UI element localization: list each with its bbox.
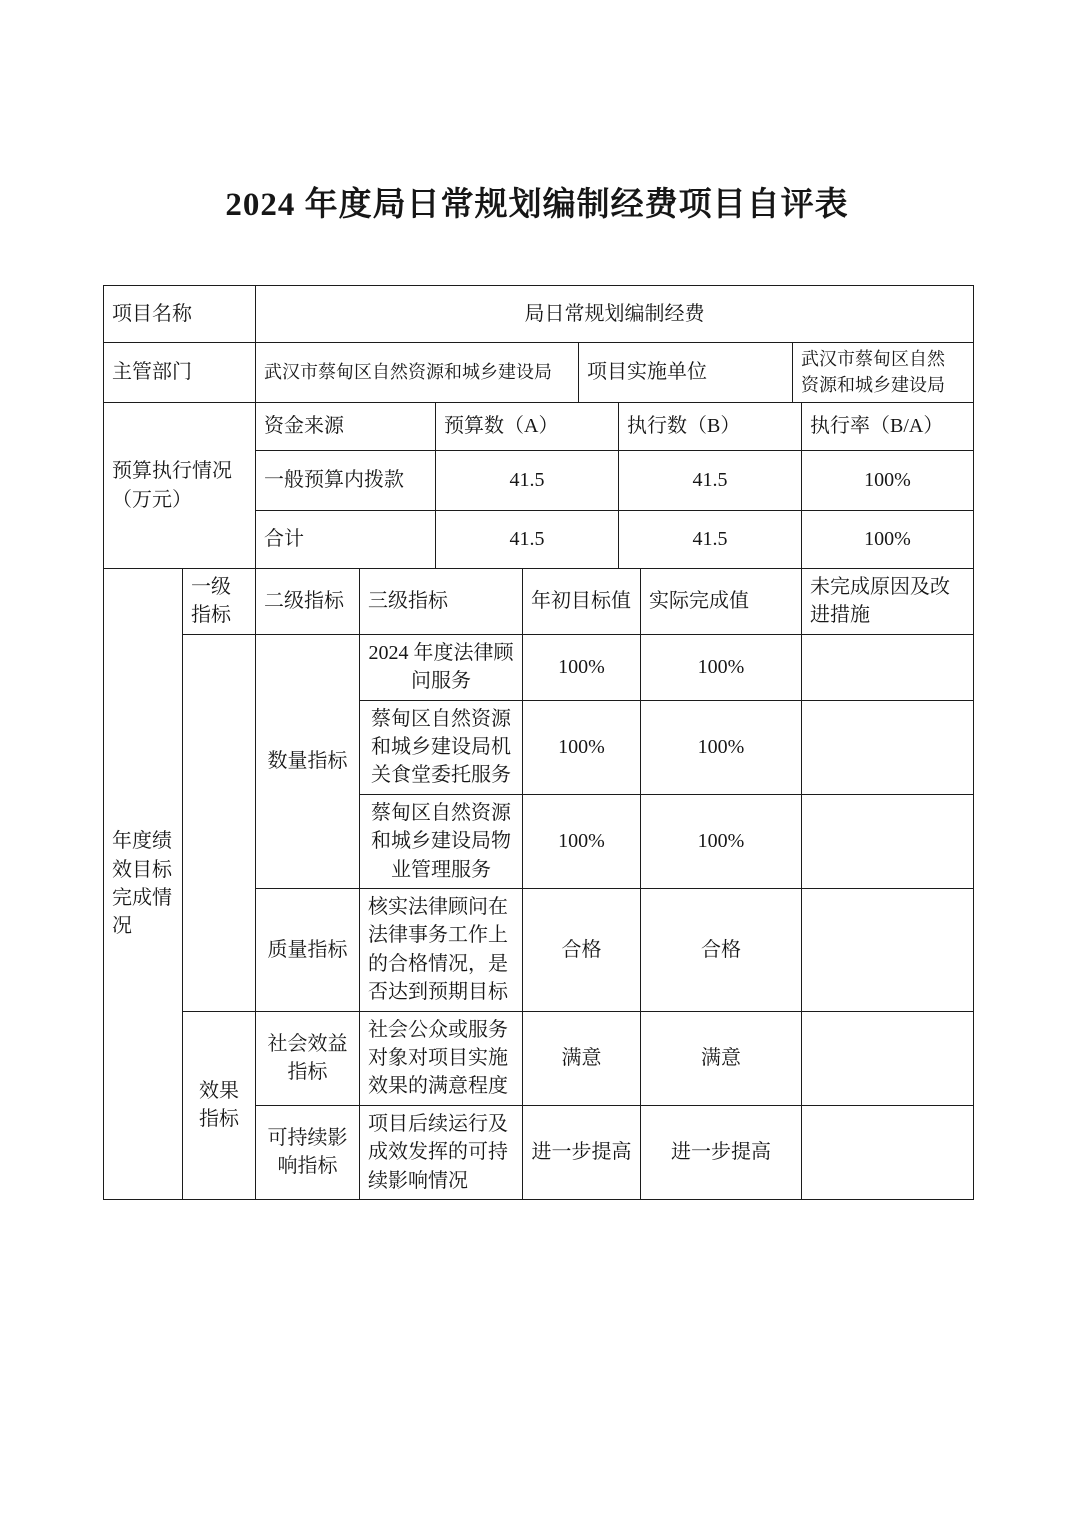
budget-header-row: 预算执行情况（万元） 资金来源 预算数（A） 执行数（B） 执行率（B/A） xyxy=(104,403,974,451)
col-unfinished-reason: 未完成原因及改进措施 xyxy=(802,569,974,635)
level3-indicator-cell: 社会公众或服务对象对项目实施效果的满意程度 xyxy=(360,1011,523,1105)
project-name-label: 项目名称 xyxy=(104,286,256,343)
col-level3-indicator: 三级指标 xyxy=(360,569,523,635)
level2-indicator-cell: 社会效益指标 xyxy=(256,1011,360,1105)
level3-indicator-cell: 核实法律顾问在法律事务工作上的合格情况，是否达到预期目标 xyxy=(360,889,523,1012)
col-level2-indicator: 二级指标 xyxy=(256,569,360,635)
performance-row: 数量指标 2024 年度法律顾问服务 100% 100% xyxy=(104,634,974,700)
basic-info-section: 项目名称 局日常规划编制经费 主管部门 武汉市蔡甸区自然资源和城乡建设局 项目实… xyxy=(103,285,974,403)
col-actual-value: 实际完成值 xyxy=(641,569,802,635)
table-row: 项目名称 局日常规划编制经费 xyxy=(104,286,974,343)
actual-value-cell: 100% xyxy=(641,700,802,794)
performance-section-label: 年度绩效目标完成情况 xyxy=(104,569,183,1200)
dept-label: 主管部门 xyxy=(104,343,256,403)
col-target-value: 年初目标值 xyxy=(523,569,641,635)
self-evaluation-table: 项目名称 局日常规划编制经费 主管部门 武汉市蔡甸区自然资源和城乡建设局 项目实… xyxy=(103,285,973,1200)
budget-section: 预算执行情况（万元） 资金来源 预算数（A） 执行数（B） 执行率（B/A） 一… xyxy=(103,402,974,569)
level3-indicator-cell: 项目后续运行及成效发挥的可持续影响情况 xyxy=(360,1105,523,1199)
level3-indicator-cell: 2024 年度法律顾问服务 xyxy=(360,634,523,700)
budget-section-label: 预算执行情况（万元） xyxy=(104,403,256,569)
actual-value-cell: 进一步提高 xyxy=(641,1105,802,1199)
reason-cell xyxy=(802,1105,974,1199)
document-page: 2024 年度局日常规划编制经费项目自评表 项目名称 局日常规划编制经费 主管部… xyxy=(0,0,1074,1520)
target-value-cell: 100% xyxy=(523,700,641,794)
executed-amount-cell: 41.5 xyxy=(619,511,802,569)
col-level1-indicator: 一级指标 xyxy=(183,569,256,635)
funding-source-cell: 一般预算内拨款 xyxy=(256,451,436,511)
level2-indicator-cell: 可持续影响指标 xyxy=(256,1105,360,1199)
actual-value-cell: 满意 xyxy=(641,1011,802,1105)
col-funding-source: 资金来源 xyxy=(256,403,436,451)
level3-indicator-cell: 蔡甸区自然资源和城乡建设局物业管理服务 xyxy=(360,794,523,888)
page-title: 2024 年度局日常规划编制经费项目自评表 xyxy=(0,178,1074,225)
budget-amount-cell: 41.5 xyxy=(436,511,619,569)
budget-amount-cell: 41.5 xyxy=(436,451,619,511)
reason-cell xyxy=(802,1011,974,1105)
reason-cell xyxy=(802,634,974,700)
target-value-cell: 合格 xyxy=(523,889,641,1012)
execution-rate-cell: 100% xyxy=(802,511,974,569)
dept-value: 武汉市蔡甸区自然资源和城乡建设局 xyxy=(256,343,579,403)
level2-indicator-cell: 数量指标 xyxy=(256,634,360,888)
col-executed-amount: 执行数（B） xyxy=(619,403,802,451)
target-value-cell: 100% xyxy=(523,634,641,700)
target-value-cell: 进一步提高 xyxy=(523,1105,641,1199)
target-value-cell: 满意 xyxy=(523,1011,641,1105)
executed-amount-cell: 41.5 xyxy=(619,451,802,511)
table-row: 主管部门 武汉市蔡甸区自然资源和城乡建设局 项目实施单位 武汉市蔡甸区自然资源和… xyxy=(104,343,974,403)
level1-blank-cell xyxy=(183,634,256,1011)
level1-effect-cell: 效果指标 xyxy=(183,1011,256,1199)
execution-rate-cell: 100% xyxy=(802,451,974,511)
actual-value-cell: 合格 xyxy=(641,889,802,1012)
col-budget-amount: 预算数（A） xyxy=(436,403,619,451)
actual-value-cell: 100% xyxy=(641,634,802,700)
funding-source-cell: 合计 xyxy=(256,511,436,569)
performance-section: 年度绩效目标完成情况 一级指标 二级指标 三级指标 年初目标值 实际完成值 未完… xyxy=(103,568,974,1200)
col-execution-rate: 执行率（B/A） xyxy=(802,403,974,451)
reason-cell xyxy=(802,889,974,1012)
reason-cell xyxy=(802,794,974,888)
level3-indicator-cell: 蔡甸区自然资源和城乡建设局机关食堂委托服务 xyxy=(360,700,523,794)
impl-unit-label: 项目实施单位 xyxy=(579,343,793,403)
target-value-cell: 100% xyxy=(523,794,641,888)
reason-cell xyxy=(802,700,974,794)
actual-value-cell: 100% xyxy=(641,794,802,888)
performance-header-row: 年度绩效目标完成情况 一级指标 二级指标 三级指标 年初目标值 实际完成值 未完… xyxy=(104,569,974,635)
impl-unit-value: 武汉市蔡甸区自然资源和城乡建设局 xyxy=(793,343,974,403)
level2-indicator-cell: 质量指标 xyxy=(256,889,360,1012)
project-name-value: 局日常规划编制经费 xyxy=(256,286,974,343)
performance-row: 效果指标 社会效益指标 社会公众或服务对象对项目实施效果的满意程度 满意 满意 xyxy=(104,1011,974,1105)
